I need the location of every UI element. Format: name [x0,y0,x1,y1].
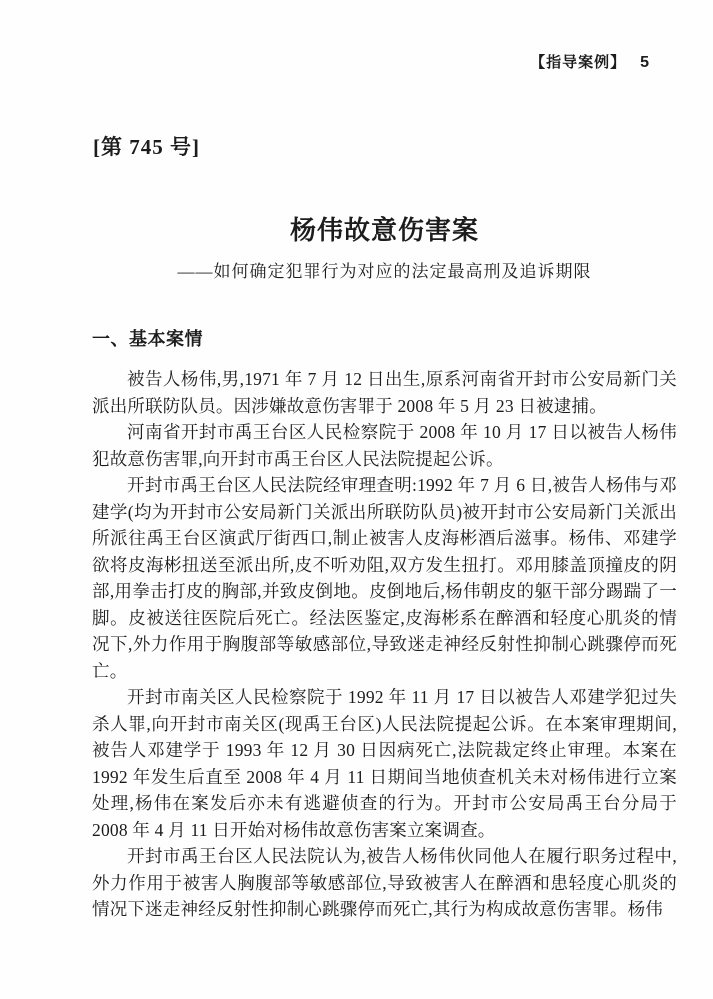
header-section-label: 【指导案例】 [530,54,626,71]
document-page: 【指导案例】5 [第 745 号] 杨伟故意伤害案 ——如何确定犯罪行为对应的法… [0,0,713,999]
case-number: [第 745 号] [93,131,200,161]
body-text: 被告人杨伟,男,1971 年 7 月 12 日出生,原系河南省开封市公安局新门关… [92,366,677,923]
paragraph-court-opinion: 开封市禹王台区人民法院认为,被告人杨伟伙同他人在履行职务过程中,外力作用于被害人… [92,843,677,923]
paragraph-defendant-info: 被告人杨伟,男,1971 年 7 月 12 日出生,原系河南省开封市公安局新门关… [92,366,677,419]
case-title: 杨伟故意伤害案 [92,214,677,248]
page-number: 5 [640,54,650,71]
running-header: 【指导案例】5 [530,51,650,72]
case-subtitle: ——如何确定犯罪行为对应的法定最高刑及追诉期限 [92,261,677,283]
paragraph-prosecution-2008: 河南省开封市禹王台区人民检察院于 2008 年 10 月 17 日以被告人杨伟犯… [92,419,677,472]
paragraph-court-findings: 开封市禹王台区人民法院经审理查明:1992 年 7 月 6 日,被告人杨伟与邓建… [92,472,677,684]
section-heading-basic-facts: 一、基本案情 [92,327,677,351]
paragraph-1992-prosecution-history: 开封市南关区人民检察院于 1992 年 11 月 17 日以被告人邓建学犯过失杀… [92,684,677,843]
